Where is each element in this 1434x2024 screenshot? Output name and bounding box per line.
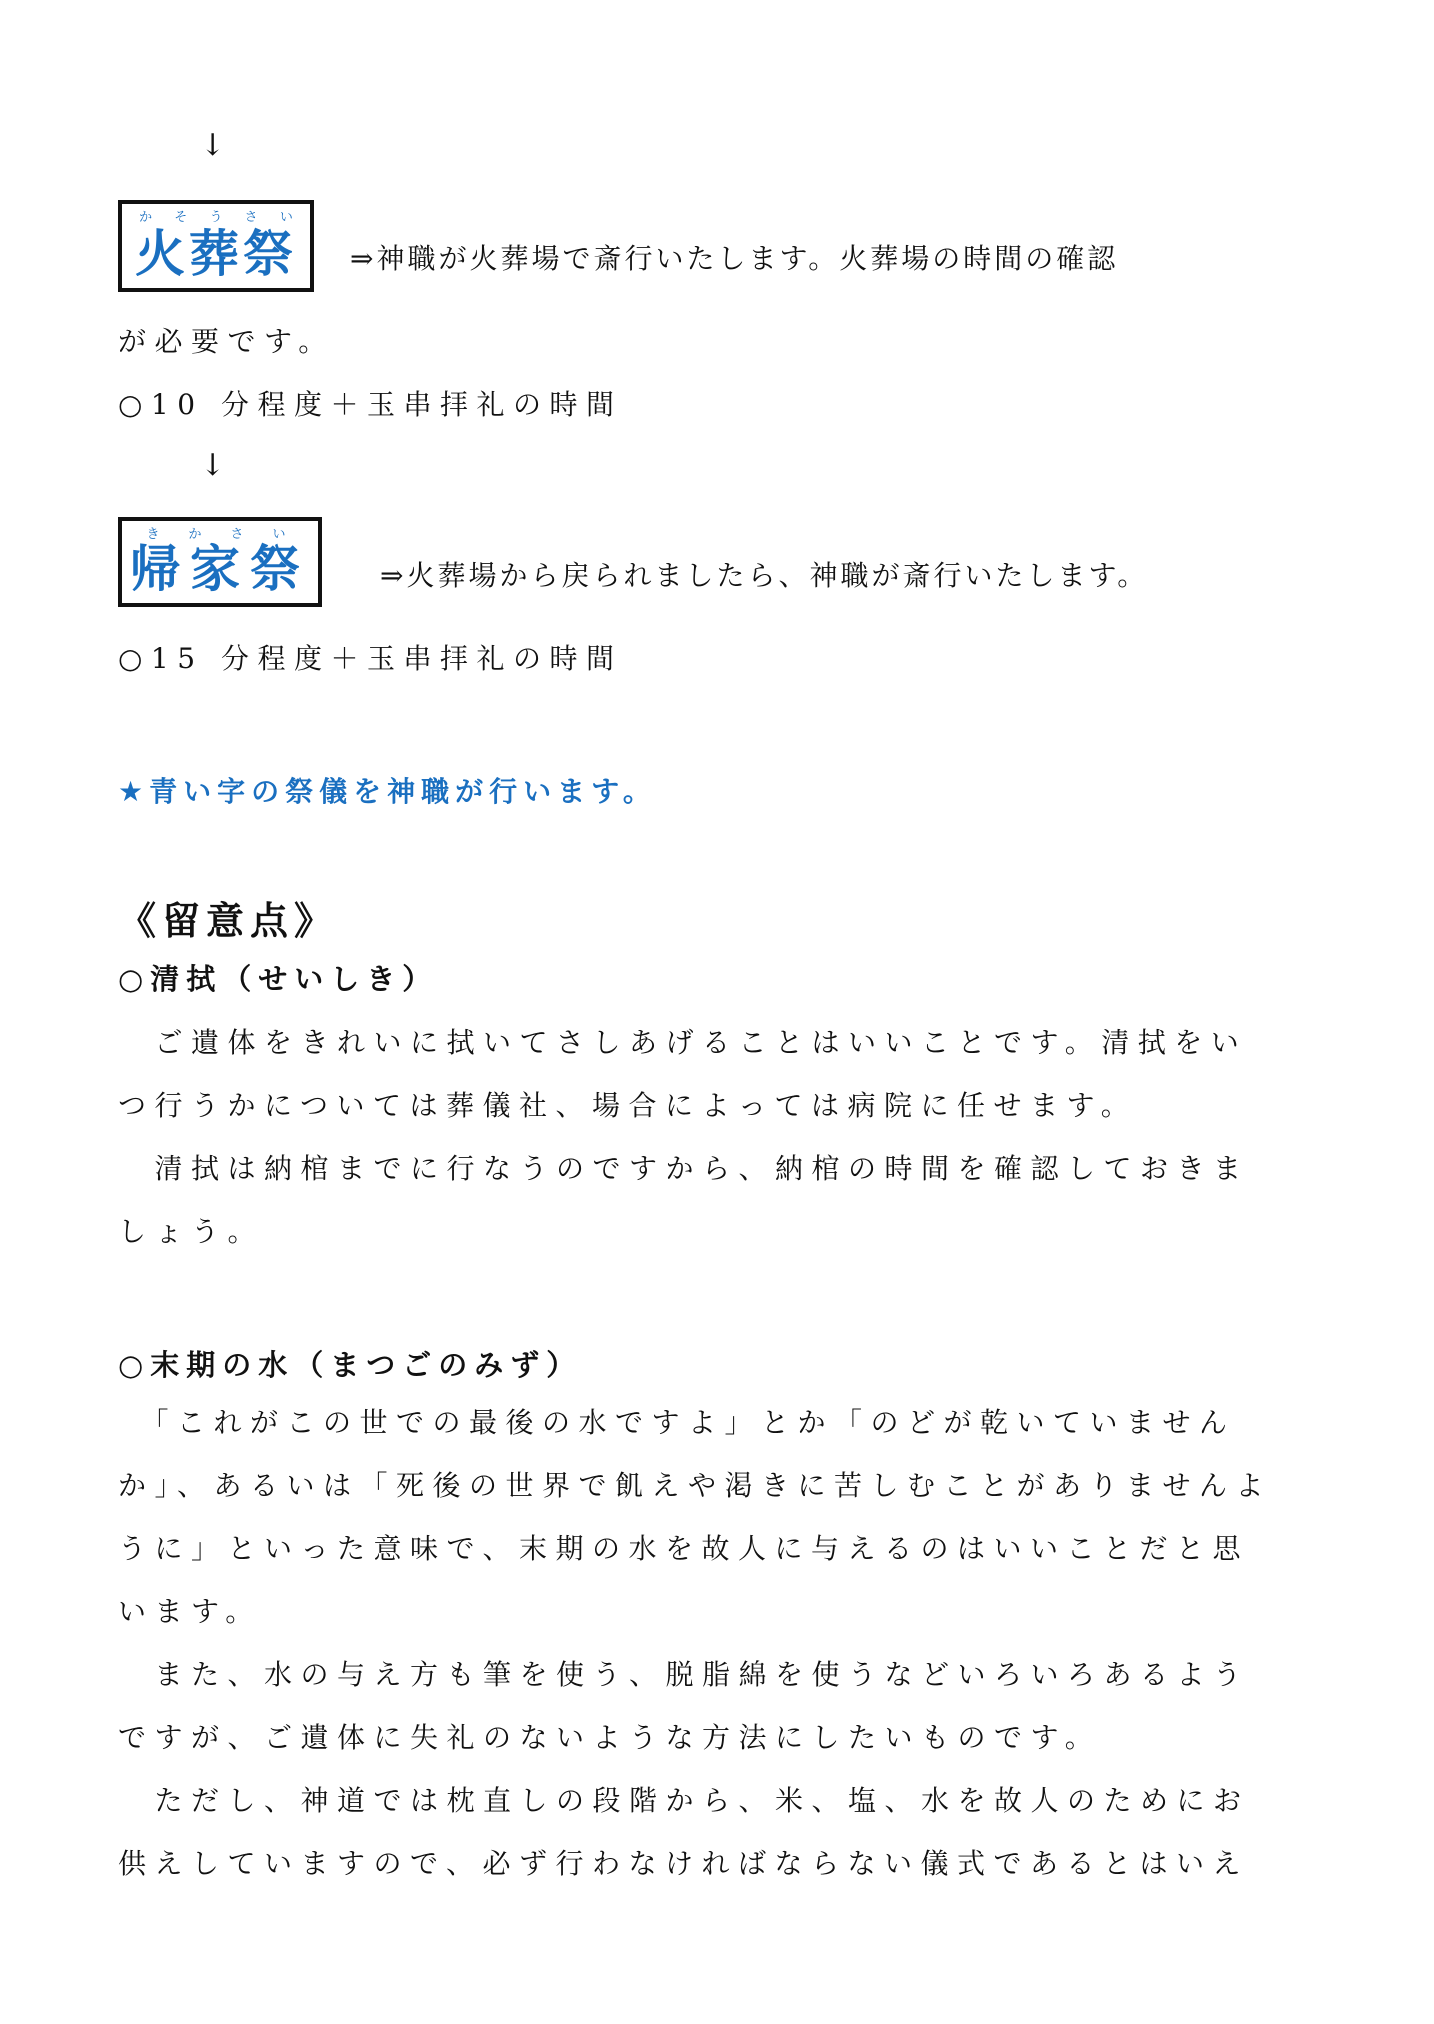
ceremony-title-box-kikasai: き か さ い 帰家祭 bbox=[118, 517, 322, 607]
flow-arrow: ↓ bbox=[200, 450, 225, 482]
ruby-char: い bbox=[280, 206, 293, 225]
section-heading: 《留意点》 bbox=[118, 890, 338, 945]
ruby-char: う bbox=[209, 206, 222, 225]
paragraph-line: ただし、神道では枕直しの段階から、米、塩、水を故人のためにお bbox=[118, 1785, 1250, 1817]
ceremony-description-cont: が必要です。 bbox=[118, 326, 335, 358]
paragraph-line: います。 bbox=[118, 1596, 262, 1628]
paragraph-line: 清拭は納棺までに行なうのですから、納棺の時間を確認しておきま bbox=[118, 1153, 1250, 1185]
paragraph-line: うに」といった意味で、末期の水を故人に与えるのはいいことだと思 bbox=[118, 1533, 1249, 1565]
paragraph-line: しょう。 bbox=[118, 1216, 264, 1248]
note-title-matsugo-no-mizu: ○末期の水（まつごのみず） bbox=[118, 1343, 582, 1384]
ruby-char: さ bbox=[245, 206, 258, 225]
ceremony-title-box-kasousai: か そ う さ い 火葬祭 bbox=[118, 200, 314, 292]
paragraph-line: また、水の与え方も筆を使う、脱脂綿を使うなどいろいろあるよう bbox=[118, 1659, 1250, 1691]
paragraph-line: 「これがこの世での最後の水ですよ」とか「のどが乾いていません bbox=[118, 1407, 1236, 1439]
paragraph-line: ですが、ご遺体に失礼のないような方法にしたいものです。 bbox=[118, 1722, 1101, 1754]
flow-arrow: ↓ bbox=[200, 130, 225, 162]
ceremony-description: ⇒神職が火葬場で斎行いたします。火葬場の時間の確認 bbox=[350, 243, 1118, 275]
paragraph-line: 供えしていますので、必ず行わなければならない儀式であるとはいえ bbox=[118, 1848, 1249, 1880]
ruby-reading: か そ う さ い bbox=[122, 206, 310, 225]
paragraph-line: つ行うかについては葬儀社、場合によっては病院に任せます。 bbox=[118, 1090, 1137, 1122]
blue-text-note: ★青い字の祭儀を神職が行います。 bbox=[118, 770, 657, 810]
paragraph-line: ご遺体をきれいに拭いてさしあげることはいいことです。清拭をい bbox=[118, 1027, 1247, 1059]
ceremony-description: ⇒火葬場から戻られましたら、神職が斎行いたします。 bbox=[380, 560, 1148, 592]
ruby-char: か bbox=[139, 206, 152, 225]
note-title-seishiki: ○清拭（せいしき） bbox=[118, 957, 438, 998]
ceremony-title: 帰家祭 bbox=[122, 541, 318, 597]
ruby-char: そ bbox=[174, 206, 187, 225]
paragraph-line: か」、あるいは「死後の世界で飢えや渇きに苦しむことがありませんよ bbox=[118, 1470, 1272, 1502]
ceremony-duration: ○10 分程度＋玉串拝礼の時間 bbox=[118, 389, 622, 421]
ceremony-title: 火葬祭 bbox=[122, 226, 310, 282]
ceremony-duration: ○15 分程度＋玉串拝礼の時間 bbox=[118, 643, 622, 675]
